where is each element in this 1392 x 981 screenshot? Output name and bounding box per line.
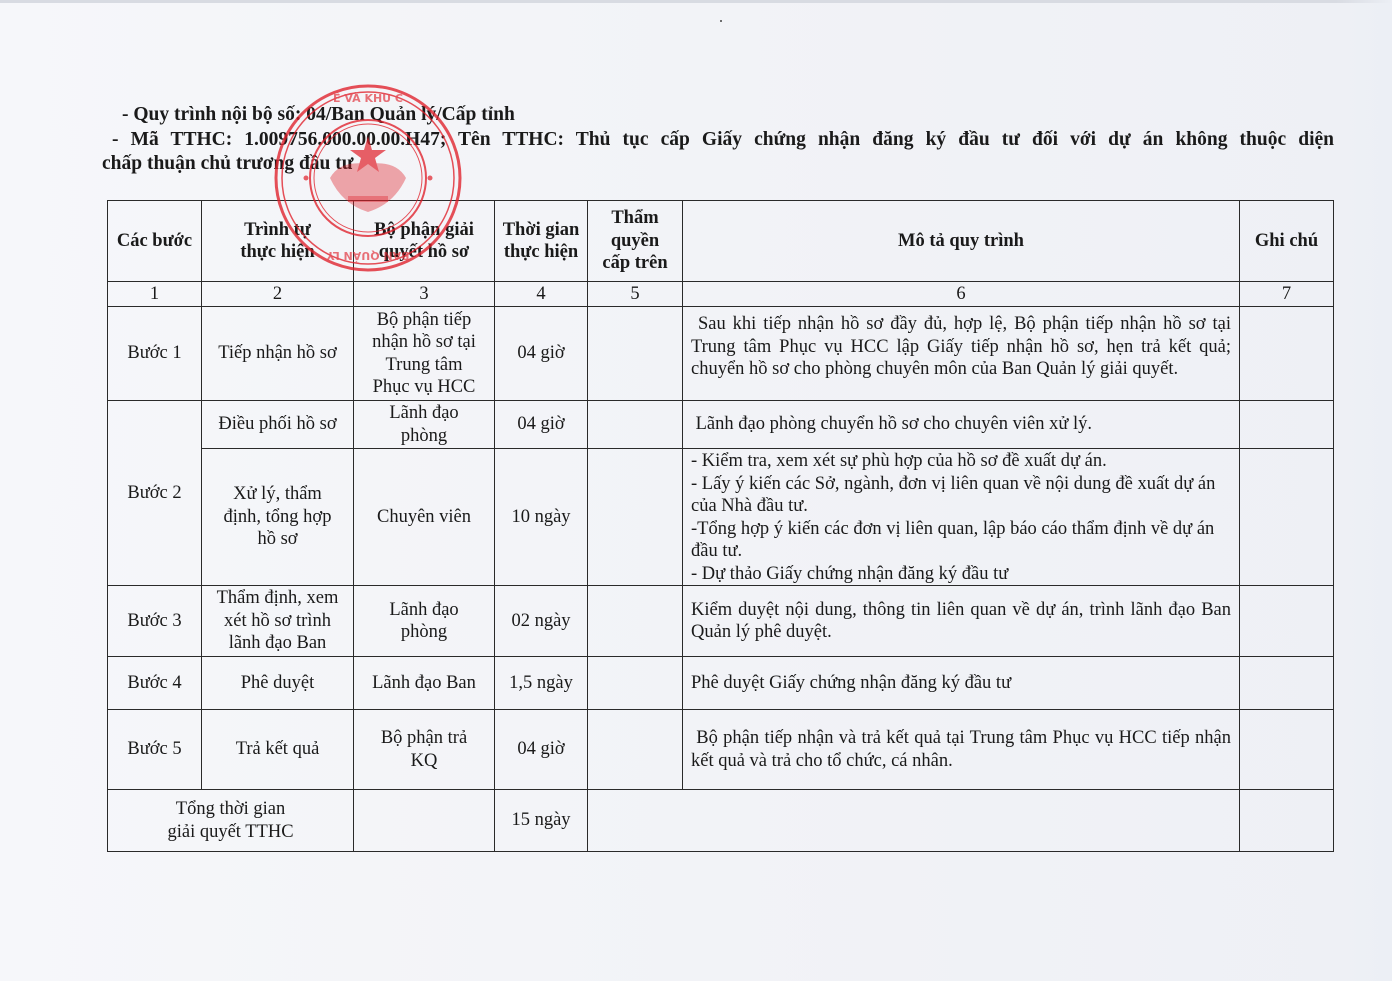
step-task: Xử lý, thẩmđịnh, tổng hợphồ sơ xyxy=(202,449,354,586)
step-description: Bộ phận tiếp nhận và trả kết quả tại Tru… xyxy=(683,710,1240,790)
procedure-name-continued: chấp thuận chủ trương đầu tư xyxy=(102,152,353,176)
header-note: Ghi chú xyxy=(1240,201,1334,282)
procedure-table: Các bước Trình tựthực hiện Bộ phận giảiq… xyxy=(107,200,1334,852)
step-authority xyxy=(588,307,683,401)
column-number-row: 1 2 3 4 5 6 7 xyxy=(108,282,1334,307)
step-duration: 10 ngày xyxy=(495,449,588,586)
step-duration: 04 giờ xyxy=(495,307,588,401)
procedure-code-and-name: - Mã TTHC: 1.009756.000.00.00.H47; Tên T… xyxy=(112,128,1334,152)
step-label: Bước 1 xyxy=(108,307,202,401)
total-note xyxy=(1240,790,1334,852)
scan-speck xyxy=(720,20,722,22)
table-row: Bước 1 Tiếp nhận hồ sơ Bộ phận tiếpnhận … xyxy=(108,307,1334,401)
header-row: Các bước Trình tựthực hiện Bộ phận giảiq… xyxy=(108,201,1334,282)
step-authority xyxy=(588,401,683,449)
step-duration: 04 giờ xyxy=(495,401,588,449)
header-duration: Thời gianthực hiện xyxy=(495,201,588,282)
step-label: Bước 2 xyxy=(108,401,202,586)
column-number: 2 xyxy=(202,282,354,307)
total-description xyxy=(588,790,1240,852)
header-description: Mô tả quy trình xyxy=(683,201,1240,282)
table-row: Bước 5 Trả kết quả Bộ phận trảKQ 04 giờ … xyxy=(108,710,1334,790)
step-task: Trả kết quả xyxy=(202,710,354,790)
table-row: Bước 2 Điều phối hồ sơ Lãnh đạophòng 04 … xyxy=(108,401,1334,449)
table-row: Bước 4 Phê duyệt Lãnh đạo Ban 1,5 ngày P… xyxy=(108,657,1334,710)
total-duration: 15 ngày xyxy=(495,790,588,852)
step-description: Kiểm duyệt nội dung, thông tin liên quan… xyxy=(683,586,1240,657)
step-authority xyxy=(588,449,683,586)
step-department: Bộ phận trảKQ xyxy=(354,710,495,790)
step-authority xyxy=(588,657,683,710)
step-department: Lãnh đạophòng xyxy=(354,586,495,657)
step-note xyxy=(1240,401,1334,449)
step-label: Bước 3 xyxy=(108,586,202,657)
step-task: Tiếp nhận hồ sơ xyxy=(202,307,354,401)
step-note xyxy=(1240,307,1334,401)
header-sequence: Trình tựthực hiện xyxy=(202,201,354,282)
table-row: Bước 3 Thẩm định, xemxét hồ sơ trìnhlãnh… xyxy=(108,586,1334,657)
step-department: Chuyên viên xyxy=(354,449,495,586)
step-label: Bước 5 xyxy=(108,710,202,790)
step-duration: 1,5 ngày xyxy=(495,657,588,710)
step-label: Bước 4 xyxy=(108,657,202,710)
step-description: - Kiểm tra, xem xét sự phù hợp của hồ sơ… xyxy=(683,449,1240,586)
column-number: 7 xyxy=(1240,282,1334,307)
page-right-shadow xyxy=(1336,0,1392,981)
header-department: Bộ phận giảiquyết hồ sơ xyxy=(354,201,495,282)
header-steps: Các bước xyxy=(108,201,202,282)
column-number: 6 xyxy=(683,282,1240,307)
total-label: Tổng thời giangiải quyết TTHC xyxy=(108,790,354,852)
step-department: Bộ phận tiếpnhận hồ sơ tạiTrung tâmPhục … xyxy=(354,307,495,401)
total-department xyxy=(354,790,495,852)
step-note xyxy=(1240,586,1334,657)
step-task: Thẩm định, xemxét hồ sơ trìnhlãnh đạo Ba… xyxy=(202,586,354,657)
page-top-edge xyxy=(0,0,1392,3)
step-department: Lãnh đạophòng xyxy=(354,401,495,449)
step-authority xyxy=(588,710,683,790)
step-note xyxy=(1240,710,1334,790)
column-number: 3 xyxy=(354,282,495,307)
step-description: Sau khi tiếp nhận hồ sơ đầy đủ, hợp lệ, … xyxy=(683,307,1240,401)
step-description: Phê duyệt Giấy chứng nhận đăng ký đầu tư xyxy=(683,657,1240,710)
step-note xyxy=(1240,449,1334,586)
internal-procedure-number: - Quy trình nội bộ số: 04/Ban Quản lý/Cấ… xyxy=(122,103,515,127)
table-row: Xử lý, thẩmđịnh, tổng hợphồ sơ Chuyên vi… xyxy=(108,449,1334,586)
step-task: Điều phối hồ sơ xyxy=(202,401,354,449)
step-duration: 02 ngày xyxy=(495,586,588,657)
step-note xyxy=(1240,657,1334,710)
step-duration: 04 giờ xyxy=(495,710,588,790)
step-authority xyxy=(588,586,683,657)
scanned-page: - Quy trình nội bộ số: 04/Ban Quản lý/Cấ… xyxy=(0,0,1392,981)
column-number: 4 xyxy=(495,282,588,307)
step-task: Phê duyệt xyxy=(202,657,354,710)
column-number: 5 xyxy=(588,282,683,307)
total-row: Tổng thời giangiải quyết TTHC 15 ngày xyxy=(108,790,1334,852)
header-authority: Thẩmquyềncấp trên xyxy=(588,201,683,282)
column-number: 1 xyxy=(108,282,202,307)
step-description: Lãnh đạo phòng chuyển hồ sơ cho chuyên v… xyxy=(683,401,1240,449)
step-department: Lãnh đạo Ban xyxy=(354,657,495,710)
